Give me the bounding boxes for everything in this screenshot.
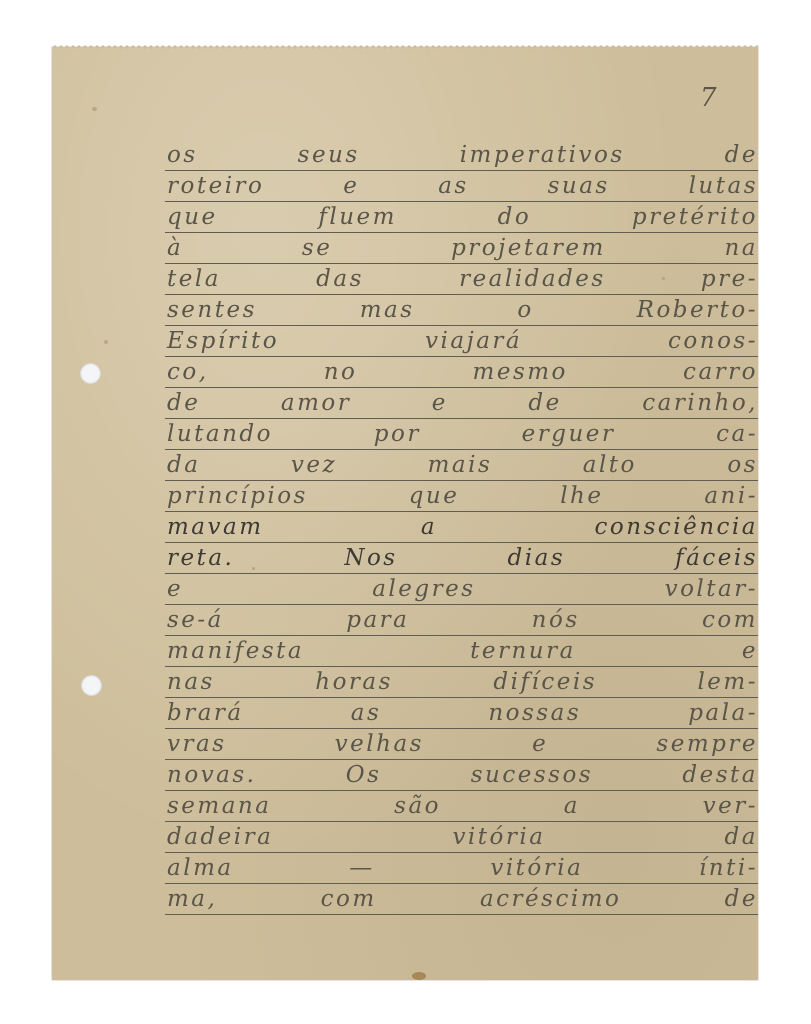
handwritten-line: princípios que lhe ani- bbox=[167, 482, 758, 510]
punch-hole-top bbox=[80, 363, 101, 384]
handwritten-line: os seus imperativos de bbox=[167, 141, 758, 169]
handwritten-line: reta. Nos dias fáceis bbox=[167, 544, 758, 572]
handwritten-line: brará as nossas pala- bbox=[167, 699, 758, 727]
handwritten-line: ma, com acréscimo de bbox=[167, 885, 758, 913]
handwritten-line: lutando por erguer ca- bbox=[167, 420, 758, 448]
manuscript-page: 7 os seus imperativos de roteiro e as su… bbox=[52, 47, 758, 980]
handwritten-line: Espírito viajará conos- bbox=[167, 327, 758, 355]
handwritten-line: e alegres voltar- bbox=[167, 575, 758, 603]
handwritten-line: que fluem do pretérito bbox=[167, 203, 758, 231]
handwritten-line: se-á para nós com bbox=[167, 606, 758, 634]
ruled-line: reta. Nos dias fáceis bbox=[165, 543, 758, 574]
paper-stain bbox=[92, 107, 97, 111]
punch-hole-bottom bbox=[81, 675, 102, 696]
ruled-line: e alegres voltar- bbox=[165, 574, 758, 605]
handwritten-line: co, no mesmo carro bbox=[167, 358, 758, 386]
ruled-line: vras velhas e sempre bbox=[165, 729, 758, 760]
handwritten-line: alma — vitória ínti- bbox=[167, 854, 758, 882]
handwritten-line: novas. Os sucessos desta bbox=[167, 761, 758, 789]
ruled-text-area: os seus imperativos de roteiro e as suas… bbox=[165, 140, 758, 915]
ruled-line: brará as nossas pala- bbox=[165, 698, 758, 729]
ruled-line: os seus imperativos de bbox=[165, 140, 758, 171]
paper-stain bbox=[412, 972, 426, 980]
ruled-line: lutando por erguer ca- bbox=[165, 419, 758, 450]
ruled-line: sentes mas o Roberto- bbox=[165, 295, 758, 326]
handwritten-line: vras velhas e sempre bbox=[167, 730, 758, 758]
handwritten-line: tela das realidades pre- bbox=[167, 265, 758, 293]
handwritten-line: da vez mais alto os bbox=[167, 451, 758, 479]
ruled-line: da vez mais alto os bbox=[165, 450, 758, 481]
ruled-line: princípios que lhe ani- bbox=[165, 481, 758, 512]
ruled-line: de amor e de carinho, bbox=[165, 388, 758, 419]
ruled-line: co, no mesmo carro bbox=[165, 357, 758, 388]
handwritten-line: roteiro e as suas lutas bbox=[167, 172, 758, 200]
handwritten-line: mavam a consciência bbox=[167, 513, 758, 541]
ruled-line: novas. Os sucessos desta bbox=[165, 760, 758, 791]
handwritten-line: manifesta ternura e bbox=[167, 637, 758, 665]
ruled-line: alma — vitória ínti- bbox=[165, 853, 758, 884]
ruled-line: tela das realidades pre- bbox=[165, 264, 758, 295]
ruled-line: ma, com acréscimo de bbox=[165, 884, 758, 915]
ruled-line: à se projetarem na bbox=[165, 233, 758, 264]
perforated-top-edge bbox=[52, 45, 758, 49]
ruled-line: dadeira vitória da bbox=[165, 822, 758, 853]
ruled-line: manifesta ternura e bbox=[165, 636, 758, 667]
ruled-line: semana são a ver- bbox=[165, 791, 758, 822]
handwritten-line: nas horas difíceis lem- bbox=[167, 668, 758, 696]
handwritten-line: semana são a ver- bbox=[167, 792, 758, 820]
ruled-line: nas horas difíceis lem- bbox=[165, 667, 758, 698]
handwritten-line: de amor e de carinho, bbox=[167, 389, 758, 417]
handwritten-line: sentes mas o Roberto- bbox=[167, 296, 758, 324]
handwritten-line: à se projetarem na bbox=[167, 234, 758, 262]
ruled-line: roteiro e as suas lutas bbox=[165, 171, 758, 202]
page-number: 7 bbox=[700, 83, 717, 113]
ruled-line: mavam a consciência bbox=[165, 512, 758, 543]
ruled-line: Espírito viajará conos- bbox=[165, 326, 758, 357]
handwritten-line: dadeira vitória da bbox=[167, 823, 758, 851]
ruled-line: se-á para nós com bbox=[165, 605, 758, 636]
paper-stain bbox=[104, 340, 108, 344]
ruled-line: que fluem do pretérito bbox=[165, 202, 758, 233]
